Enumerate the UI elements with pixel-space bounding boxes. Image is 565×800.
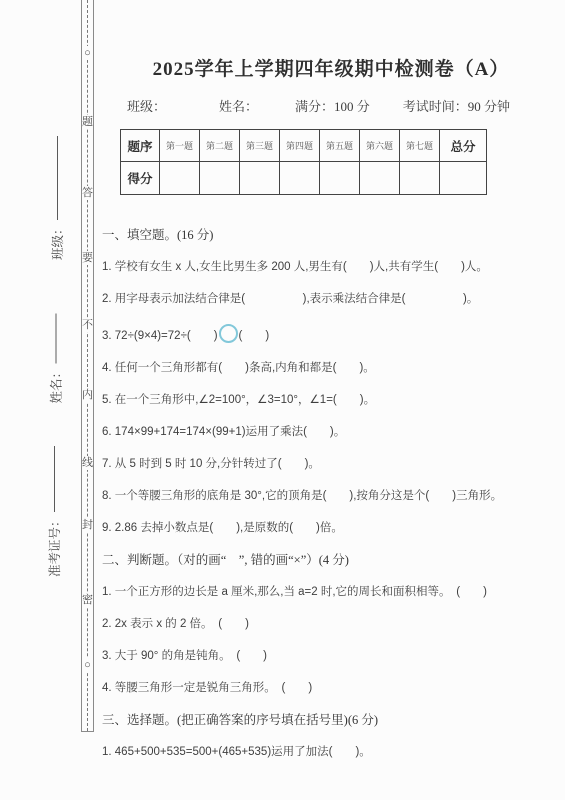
question: 2. 2x 表示 x 的 2 倍。 ( ) (102, 617, 562, 632)
binding-line-char: 要 (82, 251, 93, 265)
sidebar-exam-id-field: 准考证号： (46, 435, 64, 577)
sidebar-name-field: 姓名： (48, 307, 66, 404)
binding-line-char: 不 (82, 318, 93, 332)
binding-line-char: 内 (82, 388, 93, 402)
score-cell (160, 162, 200, 195)
question: 4. 等腰三角形一定是锐角三角形。 ( ) (102, 681, 562, 696)
question: 3. 72÷(9×4)=72÷( )( ) (102, 324, 562, 344)
section-3-heading: 三、选择题。(把正确答案的序号填在括号里)(6 分) (102, 713, 562, 728)
score-table-header-cell: 第三题 (240, 130, 280, 162)
binding-line-char: ○ (82, 658, 93, 672)
paper-content: 2025学年上学期四年级期中检测卷（A） 班级：姓名：满分：100 分考试时间：… (100, 0, 562, 777)
sidebar-exam-id-label: 准考证号： (48, 514, 62, 577)
exam-time-label: 考试时间：90 分钟 (403, 99, 510, 114)
question: 1. 一个正方形的边长是 a 厘米,那么,当 a=2 时,它的周长和面积相等。 … (102, 585, 562, 600)
question: 3. 大于 90° 的角是钝角。 ( ) (102, 649, 562, 664)
score-cell (440, 162, 487, 195)
question: 6. 174×99+174=174×(99+1)运用了乘法( )。 (102, 425, 562, 440)
sidebar-class-label: 班级： (51, 222, 65, 260)
class-label: 班级： (127, 99, 166, 114)
question: 8. 一个等腰三角形的底角是 30°,它的顶角是( ),按角分这是个( )三角形… (102, 489, 562, 504)
section-2-heading: 二、判断题。（对的画“ ”, 错的画“×”）(4 分) (102, 553, 562, 568)
score-cell (400, 162, 440, 195)
binding-line-char: 答 (82, 186, 93, 200)
full-score-label: 满分：100 分 (295, 99, 370, 114)
score-table-header-cell: 题序 (121, 130, 160, 162)
score-cell (240, 162, 280, 195)
score-table-header-cell: 第四题 (280, 130, 320, 162)
score-cell (320, 162, 360, 195)
score-table: 题序 第一题 第二题 第三题 第四题 第五题 第六题 第七题 总分 得分 (120, 129, 487, 195)
binding-line-char: 封 (82, 518, 93, 532)
binding-line-char: 密 (82, 593, 93, 607)
question: 5. 在一个三角形中,∠2=100°，∠3=10°，∠1=( )。 (102, 393, 562, 408)
question: 9. 2.86 去掉小数点是( ),是原数的( )倍。 (102, 521, 562, 536)
sidebar-exam-id-blank-line (53, 446, 55, 512)
name-label: 姓名： (219, 99, 258, 114)
page-title: 2025学年上学期四年级期中检测卷（A） (100, 54, 562, 81)
score-table-header-cell: 总分 (440, 130, 487, 162)
question-text: ( ) (239, 330, 270, 342)
score-cell (200, 162, 240, 195)
binding-line-char: 线 (82, 456, 93, 470)
questions-area: 一、填空题。(16 分) 1. 学校有女生 x 人,女生比男生多 200 人,男… (100, 228, 562, 760)
question-text: 3. 72÷(9×4)=72÷( ) (102, 330, 218, 342)
score-table-header-cell: 第一题 (160, 130, 200, 162)
sidebar-class-field: 班级： (49, 130, 67, 260)
score-table-header-cell: 第六题 (360, 130, 400, 162)
exam-paper-page: ○ 题 答 要 不 内 线 封 密 ○ 班级： 姓名： 准考证号： 2025学年… (0, 0, 565, 800)
sidebar-name-label: 姓名： (50, 366, 64, 404)
score-row-label: 得分 (121, 162, 160, 195)
score-cell (360, 162, 400, 195)
exam-info-row: 班级：姓名：满分：100 分考试时间：90 分钟 (100, 96, 562, 115)
binding-line-char: ○ (82, 46, 93, 60)
binding-seal-line: ○ 题 答 要 不 内 线 封 密 ○ (81, 0, 94, 732)
score-table-header-cell: 第二题 (200, 130, 240, 162)
question: 2. 用字母表示加法结合律是( ),表示乘法结合律是( )。 (102, 292, 562, 307)
score-table-score-row: 得分 (121, 162, 487, 195)
question: 1. 学校有女生 x 人,女生比男生多 200 人,男生有( )人,共有学生( … (102, 260, 562, 275)
score-table-header-row: 题序 第一题 第二题 第三题 第四题 第五题 第六题 第七题 总分 (121, 130, 487, 162)
operator-circle (219, 324, 238, 343)
score-table-header-cell: 第五题 (320, 130, 360, 162)
score-cell (280, 162, 320, 195)
section-1-heading: 一、填空题。(16 分) (102, 228, 562, 243)
sidebar-name-blank-line (55, 314, 57, 364)
score-table-header-cell: 第七题 (400, 130, 440, 162)
binding-line-char: 题 (82, 115, 93, 129)
sidebar-class-blank-line (56, 136, 58, 220)
question: 1. 465+500+535=500+(465+535)运用了加法( )。 (102, 745, 562, 760)
question: 7. 从 5 时到 5 时 10 分,分针转过了( )。 (102, 457, 562, 472)
question: 4. 任何一个三角形都有( )条高,内角和都是( )。 (102, 361, 562, 376)
